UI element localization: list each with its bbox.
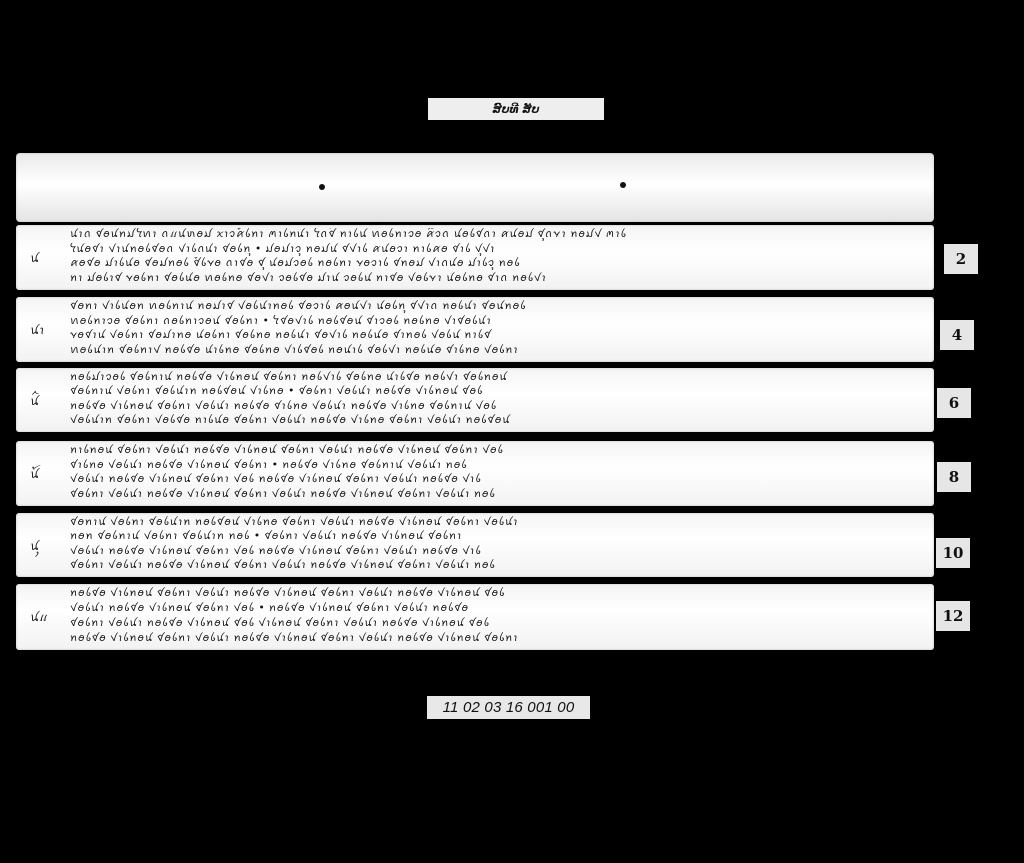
- text-line: ꪀꪮꪀ ꪥꪮꪉꪀꪱꪙ ꪚꪮꪉꪀꪱ ꪥꪮꪉꪙꪱꪀ ꪀꪮꪉ • ꪥꪮꪉꪀꪱ ꪚꪮꪉꪙ…: [70, 530, 920, 543]
- text-line: ꪥꪮꪀꪱꪙ ꪚꪮꪉꪀꪱ ꪥꪮꪉꪙꪱꪀ ꪀꪮꪉꪥꪮꪙ ꪚꪱꪉꪀꪮ ꪥꪮꪉꪀꪱ ꪚꪮ…: [70, 516, 920, 529]
- text-line: ꪚꪮꪉꪙꪱꪀ ꪥꪮꪉꪀꪱ ꪚꪮꪉꪥꪮ ꪀꪱꪉꪙꪮ ꪥꪮꪉꪀꪱ ꪚꪮꪉꪙꪱ ꪀꪮꪉ…: [70, 414, 920, 427]
- text-line: ꪥꪮꪉꪀꪱ ꪚꪮꪉꪙꪱ ꪀꪮꪉꪥꪮ ꪚꪱꪉꪀꪮꪙ ꪥꪮꪉ ꪚꪱꪉꪀꪮꪙ ꪥꪮꪉꪀ…: [70, 617, 920, 630]
- palm-leaf-6: ꪙꪲ ꪀꪮꪉꪣꪱꪫꪮꪉ ꪥꪮꪉꪀꪱꪙ ꪀꪮꪉꪥꪮ ꪚꪱꪉꪀꪮꪙ ꪥꪮꪉꪀꪱ ꪀꪮ…: [16, 368, 934, 432]
- palm-leaf-4: ꪙꪱ ꪥꪮꪀꪱ ꪚꪱꪉꪙꪮꪀ ꪕꪮꪉꪀꪱꪙ ꪀꪮꪣꪱꪥ ꪚꪮꪉꪙꪱꪀꪮꪉ ꪥꪮꪫ…: [16, 297, 934, 362]
- text-line: ꪚꪮꪉꪙꪱ ꪀꪮꪉꪥꪮ ꪚꪱꪉꪀꪮꪙ ꪥꪮꪉꪀꪱ ꪚꪮꪉ ꪀꪮꪉꪥꪮ ꪚꪱꪉꪀꪮ…: [70, 473, 920, 486]
- catalog-id-label: 11 02 03 16 001 00: [427, 696, 590, 719]
- text-line: ꪀꪮꪉꪥꪮ ꪚꪱꪉꪀꪮꪙ ꪥꪮꪉꪀꪱ ꪚꪮꪉꪙꪱ ꪀꪮꪉꪥꪮ ꪥꪱꪉꪀꪮ ꪚꪮꪉ…: [70, 400, 920, 413]
- text-line: ꪥꪮꪀꪱ ꪚꪱꪉꪙꪮꪀ ꪕꪮꪉꪀꪱꪙ ꪀꪮꪣꪱꪥ ꪚꪮꪉꪙꪱꪀꪮꪉ ꪥꪮꪫꪱꪉ …: [70, 300, 920, 313]
- text-line: ꪩꪮꪥꪱꪙ ꪚꪮꪉꪀꪱ ꪥꪮꪣꪱꪀꪮ ꪙꪮꪉꪀꪱ ꪥꪮꪉꪀꪮ ꪀꪮꪉꪙꪱ ꪥꪮꪚ…: [70, 329, 920, 342]
- cover-leaf: [16, 153, 934, 222]
- text-line: ꪚꪮꪉꪙꪱ ꪀꪮꪉꪥꪮ ꪚꪱꪉꪀꪮꪙ ꪥꪮꪉꪀꪱ ꪚꪮꪉ • ꪀꪮꪉꪥꪮ ꪚꪱꪉ…: [70, 602, 920, 615]
- page-tag-12: 12: [936, 601, 970, 631]
- palm-leaf-8: ꪙꪳ ꪀꪱꪉꪀꪮꪙ ꪥꪮꪉꪀꪱ ꪚꪮꪉꪙꪱ ꪀꪮꪉꪥꪮ ꪚꪱꪉꪀꪮꪙ ꪥꪮꪉꪀꪱ…: [16, 441, 934, 506]
- leaf-number: ꪙꪴ: [30, 535, 39, 560]
- page-tag-10: 10: [936, 538, 970, 568]
- page-tag-2: 2: [944, 244, 978, 274]
- text-line: ꪀꪱꪉꪀꪮꪙ ꪥꪮꪉꪀꪱ ꪚꪮꪉꪙꪱ ꪀꪮꪉꪥꪮ ꪚꪱꪉꪀꪮꪙ ꪥꪮꪉꪀꪱ ꪚꪮ…: [70, 444, 920, 457]
- text-line: ꪁꪮꪥꪮ ꪣꪱꪉꪙꪮ ꪥꪮꪣꪀꪮꪉ ꪥꪰꪉꪩꪮ ꪒꪱꪥꪮ ꪥꪴ ꪙꪮꪣꪫꪮꪉ ꪀ…: [70, 257, 920, 270]
- text-line: ꪼꪙꪮꪥꪱ ꪚꪱꪙꪀꪮꪉꪥꪮꪒ ꪚꪱꪉꪒꪙꪱ ꪥꪮꪉꪀꪴ • ꪣꪮꪣꪱꪫꪴ ꪀꪮ…: [70, 243, 920, 256]
- leaf-number: ꪙꪳ: [30, 463, 39, 488]
- leaf-number: ꪙꪵ: [30, 606, 48, 631]
- text-line: ꪕꪮꪉꪙꪱꪀ ꪥꪮꪉꪀꪱꪚ ꪀꪮꪉꪥꪮ ꪙꪱꪉꪀꪮ ꪥꪮꪉꪀꪮ ꪚꪱꪉꪥꪮꪉ ꪀ…: [70, 344, 920, 357]
- manuscript-title-label: ສົບທີ ສັບ: [428, 98, 604, 120]
- text-line: ꪀꪮꪉꪥꪮ ꪚꪱꪉꪀꪮꪙ ꪥꪮꪉꪀꪱ ꪚꪮꪉꪙꪱ ꪀꪮꪉꪥꪮ ꪚꪱꪉꪀꪮꪙ ꪥꪮ…: [70, 587, 920, 600]
- text-line: ꪥꪱꪉꪀꪮ ꪚꪮꪉꪙꪱ ꪀꪮꪉꪥꪮ ꪚꪱꪉꪀꪮꪙ ꪥꪮꪉꪀꪱ • ꪀꪮꪉꪥꪮ ꪚ…: [70, 459, 920, 472]
- text-line: ꪥꪮꪉꪀꪱꪙ ꪚꪮꪉꪀꪱ ꪥꪮꪉꪙꪱꪀ ꪀꪮꪉꪥꪮꪙ ꪚꪱꪉꪀꪮ • ꪥꪮꪉꪀꪱ…: [70, 385, 920, 398]
- text-line: ꪕꪮꪉꪀꪱꪫꪮ ꪥꪮꪉꪀꪱ ꪒꪮꪉꪀꪱꪫꪮꪙ ꪥꪮꪉꪀꪱ • ꪼꪥꪮꪚꪱꪉ ꪀꪮ…: [70, 315, 920, 328]
- string-hole: [620, 182, 626, 188]
- palm-leaf-10: ꪙꪴ ꪥꪮꪀꪱꪙ ꪚꪮꪉꪀꪱ ꪥꪮꪉꪙꪱꪀ ꪀꪮꪉꪥꪮꪙ ꪚꪱꪉꪀꪮ ꪥꪮꪉꪀꪱ…: [16, 513, 934, 577]
- text-line: ꪥꪮꪉꪀꪱ ꪚꪮꪉꪙꪱ ꪀꪮꪉꪥꪮ ꪚꪱꪉꪀꪮꪙ ꪥꪮꪉꪀꪱ ꪚꪮꪉꪙꪱ ꪀꪮꪉ…: [70, 559, 920, 572]
- palm-leaf-2: ꪙ ꪙꪱꪒ ꪥꪮꪙꪀꪣꪼꪕꪱ ꪒꪵꪙꪬꪮꪣ ꪎꪱꪫꪁꪰꪉꪀꪱ ꪔꪱꪉꪀꪙꪱ ꪼꪒ…: [16, 225, 934, 290]
- leaf-number: ꪙ: [30, 247, 39, 272]
- text-line: ꪀꪮꪉꪥꪮ ꪚꪱꪉꪀꪮꪙ ꪥꪮꪉꪀꪱ ꪚꪮꪉꪙꪱ ꪀꪮꪉꪥꪮ ꪚꪱꪉꪀꪮꪙ ꪥꪮ…: [70, 632, 920, 645]
- text-line: ꪀꪮꪉꪣꪱꪫꪮꪉ ꪥꪮꪉꪀꪱꪙ ꪀꪮꪉꪥꪮ ꪚꪱꪉꪀꪮꪙ ꪥꪮꪉꪀꪱ ꪀꪮꪉꪚꪱ…: [70, 371, 920, 384]
- text-line: ꪚꪮꪉꪙꪱ ꪀꪮꪉꪥꪮ ꪚꪱꪉꪀꪮꪙ ꪥꪮꪉꪀꪱ ꪚꪮꪉ ꪀꪮꪉꪥꪮ ꪚꪱꪉꪀꪮ…: [70, 545, 920, 558]
- string-hole: [319, 184, 325, 190]
- text-line: ꪙꪱꪒ ꪥꪮꪙꪀꪣꪼꪕꪱ ꪒꪵꪙꪬꪮꪣ ꪎꪱꪫꪁꪰꪉꪀꪱ ꪔꪱꪉꪀꪙꪱ ꪼꪒꪥꪲ…: [70, 228, 920, 241]
- palm-leaf-12: ꪙꪵ ꪀꪮꪉꪥꪮ ꪚꪱꪉꪀꪮꪙ ꪥꪮꪉꪀꪱ ꪚꪮꪉꪙꪱ ꪀꪮꪉꪥꪮ ꪚꪱꪉꪀꪮꪙ…: [16, 584, 934, 650]
- leaf-number: ꪙꪱ: [30, 319, 45, 344]
- page-tag-8: 8: [937, 462, 971, 492]
- page-tag-4: 4: [940, 320, 974, 350]
- leaf-number: ꪙꪲ: [30, 390, 39, 415]
- page-tag-6: 6: [937, 388, 971, 418]
- text-line: ꪀꪱ ꪣꪮꪉꪱꪥ ꪩꪮꪉꪀꪱ ꪥꪮꪉꪙꪮ ꪕꪮꪉꪀꪮ ꪥꪮꪚꪱ ꪫꪮꪉꪥꪮ ꪣꪱ…: [70, 272, 920, 285]
- text-line: ꪥꪮꪉꪀꪱ ꪚꪮꪉꪙꪱ ꪀꪮꪉꪥꪮ ꪚꪱꪉꪀꪮꪙ ꪥꪮꪉꪀꪱ ꪚꪮꪉꪙꪱ ꪀꪮꪉ…: [70, 488, 920, 501]
